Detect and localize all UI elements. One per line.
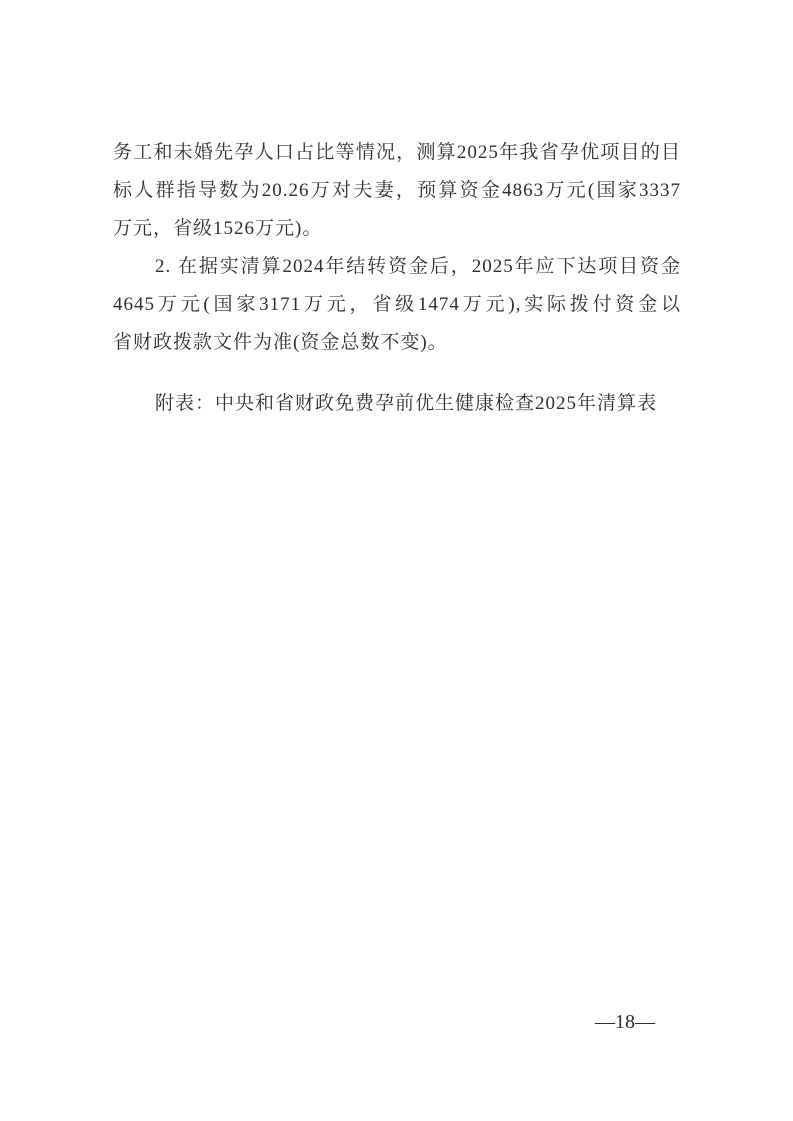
- text-line: 4645万元(国家3171万元，省级1474万元),实际拨付资金以: [113, 286, 681, 324]
- attachment-note: 附表：中央和省财政免费孕前优生健康检查2025年清算表: [113, 385, 681, 423]
- text-line: 标人群指导数为20.26万对夫妻，预算资金4863万元(国家3337: [113, 172, 681, 210]
- paragraph-continued: 务工和未婚先孕人口占比等情况，测算2025年我省孕优项目的目 标人群指导数为20…: [113, 134, 681, 248]
- document-page: 务工和未婚先孕人口占比等情况，测算2025年我省孕优项目的目 标人群指导数为20…: [0, 0, 793, 1121]
- text-line: 省财政拨款文件为准(资金总数不变)。: [113, 324, 681, 362]
- text-line: 2. 在据实清算2024年结转资金后，2025年应下达项目资金: [113, 248, 681, 286]
- text-line: 万元，省级1526万元)。: [113, 210, 681, 248]
- paragraph-2: 2. 在据实清算2024年结转资金后，2025年应下达项目资金 4645万元(国…: [113, 248, 681, 362]
- page-number: —18—: [595, 1008, 655, 1036]
- text-line: 务工和未婚先孕人口占比等情况，测算2025年我省孕优项目的目: [113, 134, 681, 172]
- body-text: 务工和未婚先孕人口占比等情况，测算2025年我省孕优项目的目 标人群指导数为20…: [113, 134, 681, 423]
